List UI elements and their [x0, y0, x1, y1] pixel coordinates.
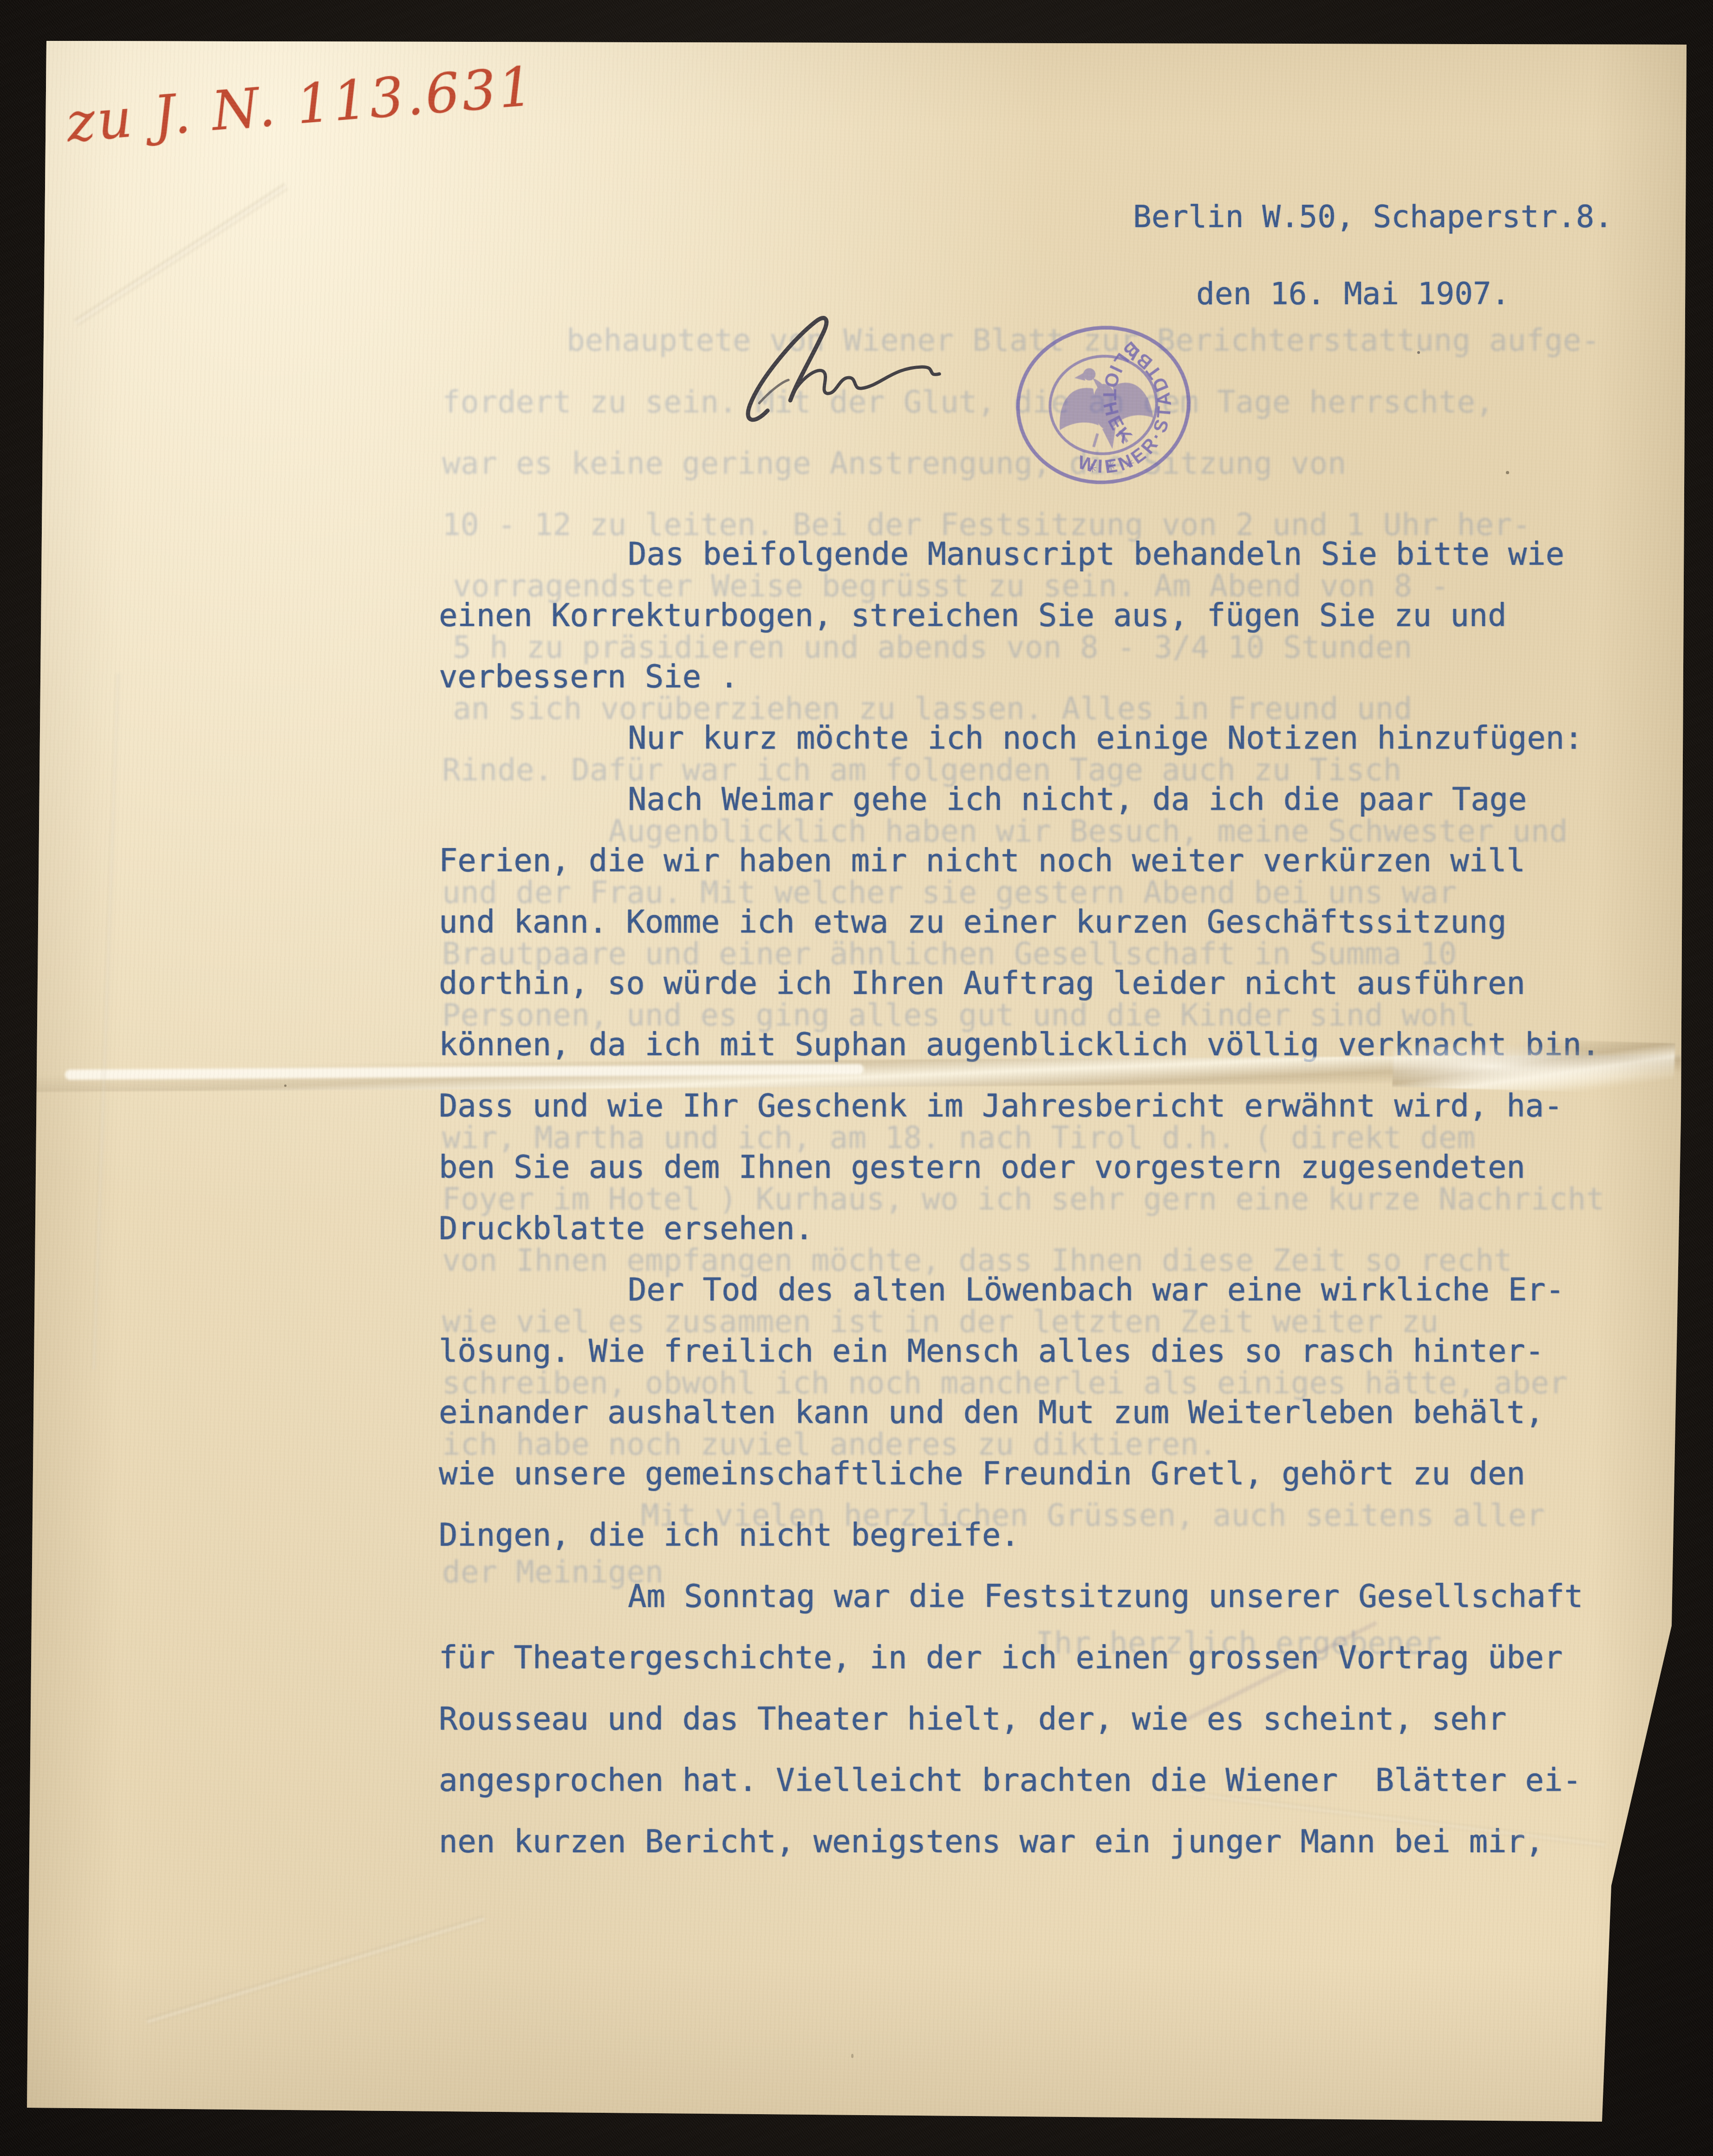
typed-line: können, da ich mit Suphan augenblicklich…: [439, 1029, 1600, 1060]
typed-line: Druckblatte ersehen.: [439, 1213, 814, 1244]
typed-line: Dass und wie Ihr Geschenk im Jahresberic…: [439, 1091, 1563, 1122]
letter-body: Das beifolgende Manuscript behandeln Sie…: [0, 0, 1713, 2156]
typed-line: Nur kurz möchte ich noch einige Notizen …: [628, 723, 1583, 754]
typed-line: Ferien, die wir haben mir nicht noch wei…: [439, 845, 1525, 876]
typed-line: einen Korrekturbogen, streichen Sie aus,…: [439, 600, 1506, 631]
scan-background: behauptete von Wiener Blatt zur Berichte…: [0, 0, 1713, 2156]
typed-line: Rousseau und das Theater hielt, der, wie…: [439, 1704, 1506, 1735]
ink-speck: [284, 1085, 287, 1087]
typed-line: und kann. Komme ich etwa zu einer kurzen…: [439, 907, 1506, 938]
typed-line: Am Sonntag war die Festsitzung unserer G…: [628, 1581, 1583, 1612]
typed-line: nen kurzen Bericht, wenigstens war ein j…: [439, 1826, 1544, 1857]
typed-line: lösung. Wie freilich ein Mensch alles di…: [439, 1336, 1544, 1367]
typed-line: verbessern Sie .: [439, 661, 738, 693]
typed-line: wie unsere gemeinschaftliche Freundin Gr…: [439, 1458, 1525, 1490]
ink-speck: [1506, 471, 1509, 474]
typed-line: Das beifolgende Manuscript behandeln Sie…: [628, 539, 1564, 570]
typed-line: für Theatergeschichte, in der ich einen …: [439, 1642, 1563, 1673]
typed-line: dorthin, so würde ich Ihren Auftrag leid…: [439, 968, 1525, 999]
typed-line: Der Tod des alten Löwenbach war eine wir…: [628, 1274, 1564, 1306]
typed-line: Nach Weimar gehe ich nicht, da ich die p…: [628, 784, 1527, 815]
typed-line: angesprochen hat. Vielleicht brachten di…: [439, 1765, 1582, 1796]
typed-line: ben Sie aus dem Ihnen gestern oder vorge…: [439, 1152, 1525, 1183]
paper-fiber: [851, 2054, 853, 2058]
typed-line: einander aushalten kann und den Mut zum …: [439, 1397, 1544, 1428]
ink-speck: [1417, 351, 1420, 354]
letter-page: behauptete von Wiener Blatt zur Berichte…: [0, 0, 1713, 2156]
typed-line: Dingen, die ich nicht begreife.: [439, 1520, 1019, 1551]
